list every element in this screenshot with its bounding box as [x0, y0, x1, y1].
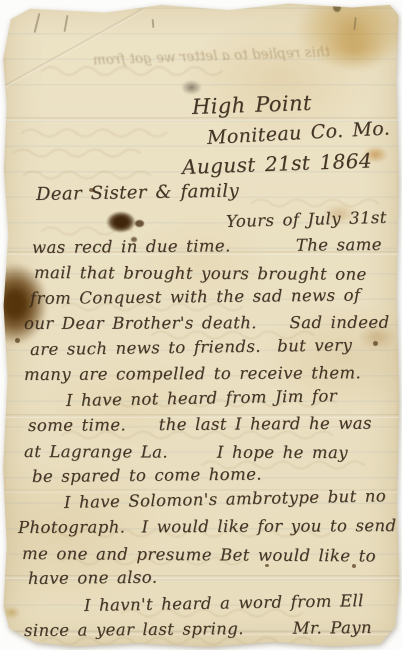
letter-paper: this replied to a letter we got from — [2, 1, 400, 649]
paper-shadow: this replied to a letter we got from — [0, 0, 402, 650]
ink-blot — [106, 211, 136, 233]
letter-scan: this replied to a letter we got from — [0, 0, 402, 650]
ink-blot-satellite — [135, 220, 144, 227]
pencil-mark — [152, 19, 155, 28]
ink-speck — [333, 3, 341, 12]
letter-county-state: Moniteau Co. Mo. — [206, 117, 390, 149]
letter-place: High Point — [192, 91, 313, 119]
ink-speck — [15, 338, 20, 343]
gray-blot — [181, 80, 202, 95]
letter-line: mail that brought yours brought one — [34, 263, 367, 284]
letter-line: me one and presume Bet would like to — [22, 544, 376, 565]
letter-line: our Dear Brother's death. Sad indeed — [24, 313, 390, 333]
letter-line: are such news to friends. but very — [30, 336, 352, 359]
letter-line: some time. the last I heard he was — [28, 414, 372, 435]
letter-line: Photograph. I would like for you to send — [18, 516, 397, 537]
pencil-mark — [353, 17, 356, 30]
letter-line: since a year last spring. Mr. Payn — [24, 618, 372, 640]
stain-top-right-inner — [320, 29, 390, 71]
letter-line: was recd in due time. The same — [32, 235, 382, 257]
pencil-mark — [64, 15, 69, 32]
letter-line: have one also. — [28, 568, 158, 588]
pencil-mark — [34, 13, 41, 33]
letter-line: Yours of July 31st — [226, 208, 387, 231]
letter-line: at Lagrange La. I hope he may — [24, 442, 348, 462]
ink-speck — [373, 341, 378, 346]
letter-line: from Conquest with the sad news of — [30, 286, 361, 308]
letter-date: August 21st 1864 — [182, 148, 373, 179]
letter-salutation: Dear Sister & family — [36, 180, 239, 205]
stain-bottom-left — [3, 606, 20, 619]
letter-line: I havn't heard a word from Ell — [84, 591, 364, 615]
letter-line: I have not heard from Jim for — [66, 386, 337, 410]
letter-line: many are compelled to receive them. — [24, 363, 361, 384]
letter-line: be spared to come home. — [32, 465, 262, 486]
bleedthrough-text: this replied to a letter we got from — [60, 44, 330, 69]
